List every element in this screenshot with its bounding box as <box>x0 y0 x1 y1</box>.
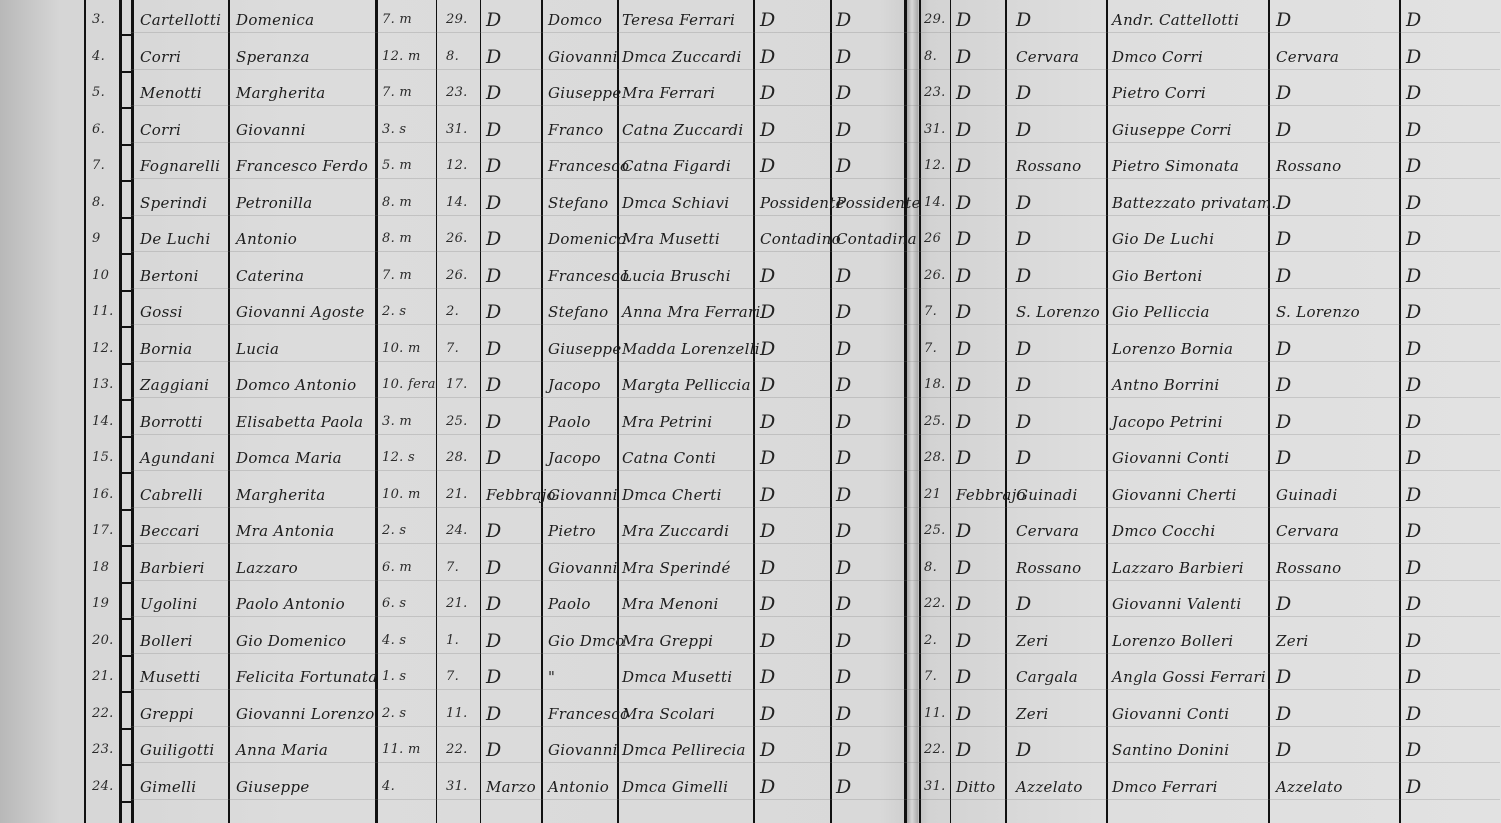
age-sex: 7. m <box>382 266 412 286</box>
mother-occupation: D <box>836 83 852 103</box>
age-sex: 2. s <box>382 302 406 322</box>
baptism-day: 8. <box>924 558 937 578</box>
surname: Zaggiani <box>140 375 209 395</box>
mother-name: Margta Pelliccia <box>622 375 751 395</box>
register-spread: 3.CartellottiDomenica7. m29.DDomcoTeresa… <box>0 0 1501 823</box>
surname: Guiligotti <box>140 740 215 760</box>
age-sex: 8. m <box>382 193 412 213</box>
margin-tick <box>119 144 133 146</box>
father-name: Giovanni <box>548 558 618 578</box>
godparent: Jacopo Petrini <box>1112 412 1223 432</box>
month: D <box>486 229 502 249</box>
parish: Cervara <box>1016 47 1079 67</box>
column-rule <box>119 0 122 823</box>
godparent-parish: D <box>1276 10 1292 30</box>
mother-occupation: D <box>836 266 852 286</box>
age-sex: 2. s <box>382 521 406 541</box>
day: 7. <box>446 339 459 359</box>
row-number: 11. <box>92 302 114 322</box>
father-name: Paolo <box>548 412 591 432</box>
godparent-parish: Cervara <box>1276 47 1339 67</box>
margin-tick <box>119 691 133 693</box>
row-rule <box>130 105 1500 106</box>
day: 21. <box>446 485 468 505</box>
given-name: Lazzaro <box>236 558 298 578</box>
column-rule <box>436 0 437 823</box>
mother-occupation: D <box>836 631 852 651</box>
godparent-parish: Azzelato <box>1276 777 1343 797</box>
surname: Sperindi <box>140 193 207 213</box>
godparent-parish: S. Lorenzo <box>1276 302 1360 322</box>
surname: Barbieri <box>140 558 205 578</box>
godparent-parish: Rossano <box>1276 156 1341 176</box>
given-name: Giovanni Agoste <box>236 302 365 322</box>
note: D <box>1406 740 1422 760</box>
godparent: Gio Bertoni <box>1112 266 1202 286</box>
row-number: 19 <box>92 594 109 614</box>
surname: Corri <box>140 47 181 67</box>
baptism-month: D <box>956 193 972 213</box>
age-sex: 3. m <box>382 412 412 432</box>
row-number: 10 <box>92 266 109 286</box>
margin-tick <box>119 290 133 292</box>
month: D <box>486 412 502 432</box>
row-number: 15. <box>92 448 114 468</box>
mother-occupation: D <box>836 339 852 359</box>
godparent-parish: Cervara <box>1276 521 1339 541</box>
note: D <box>1406 266 1422 286</box>
mother-name: Mra Menoni <box>622 594 719 614</box>
day: 26. <box>446 229 468 249</box>
day: 17. <box>446 375 468 395</box>
parish: Zeri <box>1016 631 1048 651</box>
column-rule <box>1005 0 1007 823</box>
margin-tick <box>119 618 133 620</box>
margin-tick <box>119 764 133 766</box>
mother-name: Catna Figardi <box>622 156 731 176</box>
given-name: Francesco Ferdo <box>236 156 368 176</box>
baptism-month: D <box>956 375 972 395</box>
baptism-month: D <box>956 266 972 286</box>
father-name: Jacopo <box>548 448 601 468</box>
given-name: Felicita Fortunata <box>236 667 377 687</box>
month: D <box>486 631 502 651</box>
baptism-month: D <box>956 156 972 176</box>
godparent-parish: D <box>1276 740 1292 760</box>
row-number: 21. <box>92 667 114 687</box>
row-rule <box>130 799 1500 800</box>
baptism-day: 2. <box>924 631 937 651</box>
given-name: Mra Antonia <box>236 521 335 541</box>
mother-name: Dmca Musetti <box>622 667 732 687</box>
given-name: Speranza <box>236 47 310 67</box>
mother-name: Dmca Cherti <box>622 485 722 505</box>
godparent: Angla Gossi Ferrari <box>1112 667 1266 687</box>
parish: D <box>1016 412 1032 432</box>
godparent: Battezzato privatam. <box>1112 193 1276 213</box>
row-rule <box>130 616 1500 617</box>
row-number: 18 <box>92 558 109 578</box>
note: D <box>1406 156 1422 176</box>
surname: Fognarelli <box>140 156 220 176</box>
note: D <box>1406 448 1422 468</box>
baptism-month: D <box>956 631 972 651</box>
baptism-month: D <box>956 594 972 614</box>
mother-name: Catna Zuccardi <box>622 120 743 140</box>
row-number: 22. <box>92 704 114 724</box>
godparent: Giovanni Conti <box>1112 704 1229 724</box>
father-occupation: D <box>760 302 776 322</box>
father-name: Franco <box>548 120 603 140</box>
father-occupation: D <box>760 777 776 797</box>
father-name: Giuseppe <box>548 339 622 359</box>
row-number: 13. <box>92 375 114 395</box>
note: D <box>1406 10 1422 30</box>
note: D <box>1406 83 1422 103</box>
godparent-parish: Rossano <box>1276 558 1341 578</box>
father-name: Domenico <box>548 229 626 249</box>
father-occupation: D <box>760 704 776 724</box>
baptism-month: D <box>956 302 972 322</box>
day: 24. <box>446 521 468 541</box>
given-name: Margherita <box>236 485 326 505</box>
row-number: 5. <box>92 83 105 103</box>
age-sex: 11. m <box>382 740 421 760</box>
godparent-parish: D <box>1276 120 1292 140</box>
day: 7. <box>446 667 459 687</box>
baptism-month: D <box>956 339 972 359</box>
mother-name: Dmca Schiavi <box>622 193 729 213</box>
note: D <box>1406 485 1422 505</box>
row-number: 24. <box>92 777 114 797</box>
month: D <box>486 704 502 724</box>
mother-occupation: D <box>836 704 852 724</box>
father-name: Francesco <box>548 704 629 724</box>
age-sex: 3. s <box>382 120 406 140</box>
baptism-month: D <box>956 521 972 541</box>
day: 28. <box>446 448 468 468</box>
surname: Greppi <box>140 704 194 724</box>
mother-name: Mra Zuccardi <box>622 521 729 541</box>
parish: Zeri <box>1016 704 1048 724</box>
baptism-day: 18. <box>924 375 946 395</box>
mother-name: Madda Lorenzelli <box>622 339 760 359</box>
father-occupation: Contadino <box>760 229 841 249</box>
day: 31. <box>446 120 468 140</box>
month: D <box>486 266 502 286</box>
column-rule <box>1268 0 1270 823</box>
father-name: Giovanni <box>548 740 618 760</box>
day: 26. <box>446 266 468 286</box>
baptism-day: 7. <box>924 339 937 359</box>
age-sex: 12. m <box>382 47 421 67</box>
row-number: 6. <box>92 120 105 140</box>
baptism-day: 26. <box>924 266 946 286</box>
father-occupation: D <box>760 594 776 614</box>
row-number: 9 <box>92 229 101 249</box>
column-rule <box>480 0 481 823</box>
baptism-day: 22. <box>924 740 946 760</box>
margin-tick <box>119 655 133 657</box>
godparent: Andr. Cattellotti <box>1112 10 1239 30</box>
mother-occupation: D <box>836 120 852 140</box>
father-occupation: D <box>760 558 776 578</box>
baptism-day: 31. <box>924 777 946 797</box>
baptism-day: 7. <box>924 667 937 687</box>
baptism-month: D <box>956 10 972 30</box>
godparent: Giovanni Valenti <box>1112 594 1241 614</box>
mother-occupation: Possidente <box>836 193 921 213</box>
baptism-day: 14. <box>924 193 946 213</box>
row-rule <box>130 397 1500 398</box>
row-rule <box>130 470 1500 471</box>
surname: De Luchi <box>140 229 211 249</box>
month: D <box>486 156 502 176</box>
father-occupation: D <box>760 740 776 760</box>
mother-name: Teresa Ferrari <box>622 10 735 30</box>
day: 8. <box>446 47 459 67</box>
godparent-parish: D <box>1276 704 1292 724</box>
baptism-month: Ditto <box>956 777 995 797</box>
given-name: Domenica <box>236 10 314 30</box>
godparent: Dmco Ferrari <box>1112 777 1218 797</box>
mother-name: Dmca Zuccardi <box>622 47 742 67</box>
godparent-parish: D <box>1276 193 1292 213</box>
month: D <box>486 521 502 541</box>
age-sex: 7. m <box>382 83 412 103</box>
note: D <box>1406 667 1422 687</box>
day: 1. <box>446 631 459 651</box>
father-occupation: D <box>760 412 776 432</box>
surname: Agundani <box>140 448 215 468</box>
godparent-parish: D <box>1276 339 1292 359</box>
age-sex: 2. s <box>382 704 406 724</box>
month: D <box>486 339 502 359</box>
mother-name: Mra Ferrari <box>622 83 715 103</box>
mother-occupation: D <box>836 740 852 760</box>
godparent: Pietro Simonata <box>1112 156 1239 176</box>
age-sex: 10. m <box>382 339 421 359</box>
note: D <box>1406 704 1422 724</box>
day: 23. <box>446 83 468 103</box>
baptism-month: D <box>956 120 972 140</box>
day: 25. <box>446 412 468 432</box>
column-rule <box>617 0 619 823</box>
note: D <box>1406 302 1422 322</box>
note: D <box>1406 339 1422 359</box>
baptism-day: 12. <box>924 156 946 176</box>
godparent: Dmco Cocchi <box>1112 521 1216 541</box>
mother-name: Mra Scolari <box>622 704 715 724</box>
parish: D <box>1016 448 1032 468</box>
godparent: Antno Borrini <box>1112 375 1220 395</box>
column-rule <box>830 0 832 823</box>
baptism-day: 8. <box>924 47 937 67</box>
father-occupation: D <box>760 339 776 359</box>
month: D <box>486 594 502 614</box>
age-sex: 4. s <box>382 631 406 651</box>
mother-occupation: D <box>836 485 852 505</box>
row-rule <box>130 32 1500 33</box>
row-rule <box>130 178 1500 179</box>
row-number: 14. <box>92 412 114 432</box>
row-rule <box>130 69 1500 70</box>
parish: Rossano <box>1016 558 1081 578</box>
godparent: Dmco Corri <box>1112 47 1203 67</box>
father-occupation: D <box>760 83 776 103</box>
godparent: Santino Donini <box>1112 740 1229 760</box>
mother-name: Dmca Gimelli <box>622 777 728 797</box>
row-number: 23. <box>92 740 114 760</box>
row-rule <box>130 324 1500 325</box>
age-sex: 10. m <box>382 485 421 505</box>
mother-occupation: D <box>836 667 852 687</box>
note: D <box>1406 193 1422 213</box>
given-name: Domco Antonio <box>236 375 356 395</box>
column-rule <box>131 0 134 823</box>
surname: Menotti <box>140 83 202 103</box>
mother-occupation: D <box>836 156 852 176</box>
note: D <box>1406 412 1422 432</box>
row-rule <box>130 507 1500 508</box>
mother-name: Mra Greppi <box>622 631 713 651</box>
row-number: 20. <box>92 631 114 651</box>
month: D <box>486 448 502 468</box>
mother-occupation: D <box>836 302 852 322</box>
surname: Cabrelli <box>140 485 203 505</box>
surname: Cartellotti <box>140 10 221 30</box>
row-rule <box>130 689 1500 690</box>
given-name: Paolo Antonio <box>236 594 345 614</box>
godparent-parish: D <box>1276 266 1292 286</box>
margin-tick <box>119 34 133 36</box>
month: D <box>486 83 502 103</box>
mother-occupation: D <box>836 558 852 578</box>
month: D <box>486 10 502 30</box>
baptism-day: 25. <box>924 521 946 541</box>
mother-occupation: D <box>836 412 852 432</box>
age-sex: 1. s <box>382 667 406 687</box>
month: D <box>486 667 502 687</box>
mother-name: Mra Sperindé <box>622 558 731 578</box>
day: 12. <box>446 156 468 176</box>
mother-occupation: D <box>836 777 852 797</box>
mother-name: Dmca Pellirecia <box>622 740 746 760</box>
row-rule <box>130 251 1500 252</box>
father-occupation: D <box>760 448 776 468</box>
father-occupation: D <box>760 47 776 67</box>
father-occupation: D <box>760 120 776 140</box>
baptism-day: 21 <box>924 485 941 505</box>
surname: Bornia <box>140 339 192 359</box>
age-sex: 7. m <box>382 10 412 30</box>
surname: Ugolini <box>140 594 197 614</box>
row-number: 16. <box>92 485 114 505</box>
month: D <box>486 302 502 322</box>
day: 2. <box>446 302 459 322</box>
parish: D <box>1016 10 1032 30</box>
given-name: Giovanni <box>236 120 306 140</box>
father-name: Paolo <box>548 594 591 614</box>
column-rule <box>375 0 378 823</box>
baptism-month: D <box>956 83 972 103</box>
day: 22. <box>446 740 468 760</box>
father-occupation: D <box>760 521 776 541</box>
month: Marzo <box>486 777 536 797</box>
given-name: Caterina <box>236 266 304 286</box>
row-rule <box>130 762 1500 763</box>
godparent: Lorenzo Bolleri <box>1112 631 1233 651</box>
month: D <box>486 47 502 67</box>
row-number: 4. <box>92 47 105 67</box>
parish: Azzelato <box>1016 777 1083 797</box>
margin-tick <box>119 253 133 255</box>
baptism-month: D <box>956 667 972 687</box>
mother-occupation: D <box>836 594 852 614</box>
row-rule <box>130 361 1500 362</box>
day: 21. <box>446 594 468 614</box>
note: D <box>1406 229 1422 249</box>
mother-name: Catna Conti <box>622 448 716 468</box>
baptism-day: 7. <box>924 302 937 322</box>
father-name: Antonio <box>548 777 609 797</box>
father-name: Domco <box>548 10 602 30</box>
surname: Musetti <box>140 667 201 687</box>
baptism-month: D <box>956 704 972 724</box>
godparent: Gio De Luchi <box>1112 229 1214 249</box>
parish: D <box>1016 594 1032 614</box>
given-name: Lucia <box>236 339 279 359</box>
month: D <box>486 120 502 140</box>
day: 29. <box>446 10 468 30</box>
father-name: Jacopo <box>548 375 601 395</box>
row-rule <box>130 434 1500 435</box>
godparent-parish: D <box>1276 412 1292 432</box>
surname: Corri <box>140 120 181 140</box>
father-name: Francesco <box>548 156 629 176</box>
father-occupation: D <box>760 667 776 687</box>
parish: Cargala <box>1016 667 1078 687</box>
mother-occupation: D <box>836 10 852 30</box>
baptism-day: 28. <box>924 448 946 468</box>
father-name: Pietro <box>548 521 596 541</box>
father-name: Giuseppe <box>548 83 622 103</box>
given-name: Margherita <box>236 83 326 103</box>
godparent: Lazzaro Barbieri <box>1112 558 1244 578</box>
month: Febbrajo <box>486 485 556 505</box>
column-rule <box>904 0 907 823</box>
age-sex: 4. <box>382 777 395 797</box>
margin-tick <box>119 545 133 547</box>
father-occupation: D <box>760 266 776 286</box>
baptism-day: 26 <box>924 229 941 249</box>
day: 31. <box>446 777 468 797</box>
day: 14. <box>446 193 468 213</box>
row-rule <box>130 543 1500 544</box>
row-number: 7. <box>92 156 105 176</box>
baptism-month: D <box>956 448 972 468</box>
note: D <box>1406 594 1422 614</box>
parish: D <box>1016 339 1032 359</box>
godparent-parish: D <box>1276 375 1292 395</box>
godparent: Lorenzo Bornia <box>1112 339 1233 359</box>
surname: Bertoni <box>140 266 199 286</box>
parish: D <box>1016 83 1032 103</box>
given-name: Giovanni Lorenzo <box>236 704 375 724</box>
baptism-month: D <box>956 740 972 760</box>
month: D <box>486 740 502 760</box>
mother-name: Mra Musetti <box>622 229 720 249</box>
